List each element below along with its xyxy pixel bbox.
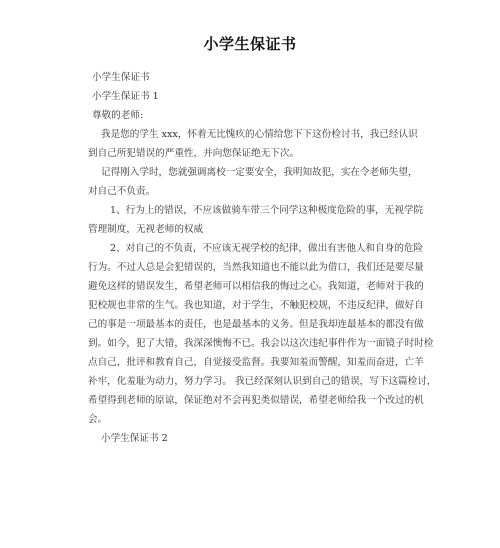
paragraph-line: 己的事是一项最基本的责任，也是最基本的义务。但是我却连最基本的都没有做: [88, 315, 410, 334]
document-page: 小学生保证书 小学生保证书 小学生保证书 1 尊敬的老师: 我是您的学生 xxx…: [0, 0, 500, 548]
paragraph: 我是您的学生 xxx，怀着无比愧疚的心情给您下下这份检讨书，我已经认识 到自己所…: [88, 125, 410, 163]
paragraph-line: 会。: [88, 410, 410, 429]
document-title: 小学生保证书: [0, 33, 500, 54]
paragraph: 1、行为上的错误，不应该做骑车带三个同学这种极度危险的事，无视学院 管理制度，无…: [88, 201, 410, 239]
document-body: 小学生保证书 小学生保证书 1 尊敬的老师: 我是您的学生 xxx，怀着无比愧疚…: [88, 68, 410, 448]
paragraph-line: 管理制度，无视老师的权威: [88, 220, 410, 239]
paragraph-line: 希望得到老师的原谅，保证绝对不会再犯类似错误，希望老师给我一个改过的机: [88, 391, 410, 410]
paragraph-line: 2、对自己的不负责，不应该无视学校的纪律，做出有害他人和自身的危险: [88, 239, 410, 258]
paragraph-line: 避免这样的错误发生，希望老师可以相信我的悔过之心。我知道，老师对于我的: [88, 277, 410, 296]
paragraph-line: 到。如今，犯了大错，我深深懊悔不已。我会以这次违纪事件作为一面镜子时时检: [88, 334, 410, 353]
paragraph-line: 到自己所犯错误的严重性，并向您保证绝无下次。: [88, 144, 410, 163]
section-heading: 小学生保证书 1: [88, 87, 410, 106]
section-heading: 小学生保证书 2: [88, 429, 410, 448]
section-heading: 小学生保证书: [88, 68, 410, 87]
paragraph-line: 我是您的学生 xxx，怀着无比愧疚的心情给您下下这份检讨书，我已经认识: [88, 125, 410, 144]
paragraph-line: 犯校规也非常的生气。我也知道，对于学生，不触犯校规，不违反纪律，做好自: [88, 296, 410, 315]
paragraph-line: 对自己不负责。: [88, 182, 410, 201]
salutation: 尊敬的老师:: [88, 106, 410, 125]
paragraph-line: 记得刚入学时，您就强调离校一定要安全，我明知故犯，实在令老师失望，: [88, 163, 410, 182]
paragraph-line: 补牢，化羞耻为动力，努力学习。 我已经深刻认识到自己的错误，写下这篇检讨，: [88, 372, 410, 391]
paragraph-line: 1、行为上的错误，不应该做骑车带三个同学这种极度危险的事，无视学院: [88, 201, 410, 220]
paragraph: 记得刚入学时，您就强调离校一定要安全，我明知故犯，实在令老师失望， 对自己不负责…: [88, 163, 410, 201]
paragraph: 2、对自己的不负责，不应该无视学校的纪律，做出有害他人和自身的危险 行为。不过人…: [88, 239, 410, 429]
paragraph-line: 行为。不过人总是会犯错误的，当然我知道也不能以此为借口，我们还是要尽量: [88, 258, 410, 277]
paragraph-line: 点自己，批评和教育自己，自觉接受监督。我要知羞而警醒，知羞而奋进，亡羊: [88, 353, 410, 372]
